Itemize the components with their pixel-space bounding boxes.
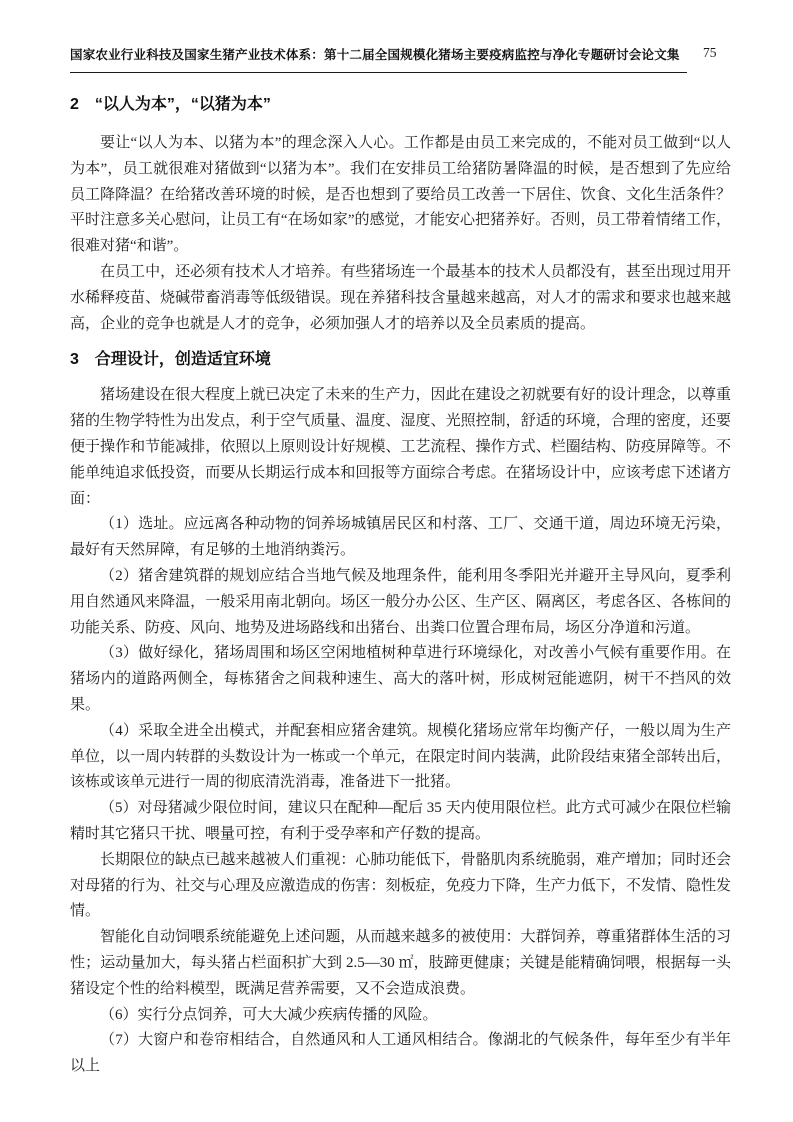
section-heading-2: 2 “以人为本”，“以猪为本” bbox=[70, 93, 731, 117]
section-heading-3: 3 合理设计，创造适宜环境 bbox=[70, 348, 731, 372]
paragraph-item-1: （1）选址。应远离各种动物的饲养场城镇居民区和村落、工厂、交通干道，周边环境无污… bbox=[70, 512, 731, 564]
paragraph: 猪场建设在很大程度上就已决定了未来的生产力，因此在建设之初就要有好的设计理念，以… bbox=[70, 383, 731, 512]
paragraph-item-6: （6）实行分点饲养，可大大减少疾病传播的风险。 bbox=[70, 1003, 731, 1029]
paragraph: 长期限位的缺点已越来越被人们重视：心肺功能低下，骨骼肌肉系统脆弱，难产增加；同时… bbox=[70, 848, 731, 925]
page-number: 75 bbox=[687, 45, 731, 60]
paragraph-item-7: （7）大窗户和卷帘相结合，自然通风和人工通风相结合。像湖北的气候条件，每年至少有… bbox=[70, 1028, 731, 1080]
running-header: 国家农业行业科技及国家生猪产业技术体系：第十二届全国规模化猪场主要疫病监控与净化… bbox=[70, 48, 731, 73]
paragraph-item-2: （2）猪舍建筑群的规划应结合当地气候及地理条件，能利用冬季阳光并避开主导风向，夏… bbox=[70, 564, 731, 641]
paragraph-item-3: （3）做好绿化，猪场周围和场区空闲地植树种草进行环境绿化，对改善小气候有重要作用… bbox=[70, 641, 731, 718]
paragraph-item-5: （5）对母猪减少限位时间，建议只在配种—配后 35 天内使用限位栏。此方式可减少… bbox=[70, 796, 731, 848]
header-rule: 国家农业行业科技及国家生猪产业技术体系：第十二届全国规模化猪场主要疫病监控与净化… bbox=[70, 48, 687, 73]
paragraph-item-4: （4）采取全进全出模式，并配套相应猪舍建筑。规模化猪场应常年均衡产仔，一般以周为… bbox=[70, 719, 731, 796]
paragraph: 要让“以人为本、以猪为本”的理念深入人心。工作都是由员工来完成的，不能对员工做到… bbox=[70, 131, 731, 260]
paragraph: 智能化自动饲喂系统能避免上述问题，从而越来越多的被使用：大群饲养，尊重猪群体生活… bbox=[70, 925, 731, 1002]
paragraph: 在员工中，还必须有技术人才培养。有些猪场连一个最基本的技术人员都没有，甚至出现过… bbox=[70, 260, 731, 337]
document-page: 国家农业行业科技及国家生猪产业技术体系：第十二届全国规模化猪场主要疫病监控与净化… bbox=[0, 0, 793, 1122]
header-title: 国家农业行业科技及国家生猪产业技术体系：第十二届全国规模化猪场主要疫病监控与净化… bbox=[70, 48, 687, 63]
